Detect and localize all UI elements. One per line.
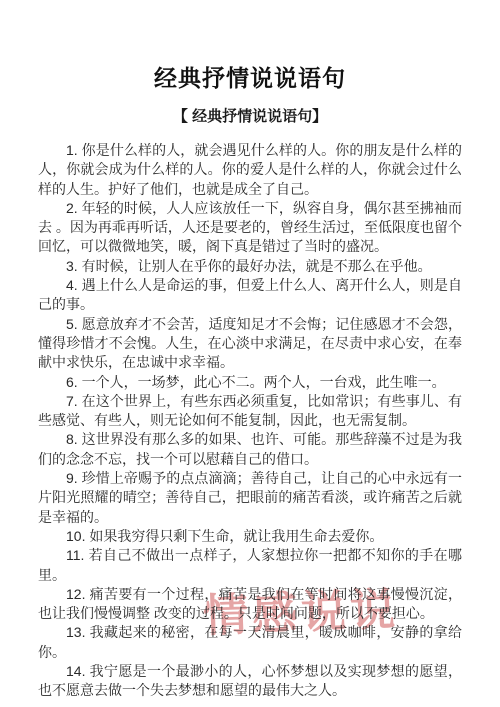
paragraph-11: 11. 若自己不做出一点样子，人家想拉你一把都不知你的手在哪里。 xyxy=(38,546,462,585)
paragraph-14: 14. 我宁愿是一个最渺小的人，心怀梦想以及实现梦想的愿望，也不愿意去做一个失去… xyxy=(38,662,462,701)
page-subtitle: 【 经典抒情说说语句】 xyxy=(0,93,500,126)
paragraph-5: 5. 愿意放弃才不会苦，适度知足才不会悔；记住感恩才不会怨，懂得珍惜才不会愧。人… xyxy=(38,315,462,373)
paragraph-10: 10. 如果我穷得只剩下生命，就让我用生命去爱你。 xyxy=(38,527,462,546)
document-page: 情感说说 经典抒情说说语句 【 经典抒情说说语句】 1. 你是什么样的人，就会遇… xyxy=(0,0,500,707)
paragraph-9: 9. 珍惜上帝赐予的点点滴滴；善待自己，让自己的心中永远有一片阳光照耀的晴空；善… xyxy=(38,469,462,527)
document-body: 1. 你是什么样的人，就会遇见什么样的人。你的朋友是什么样的人，你就会成为什么样… xyxy=(0,141,500,701)
paragraph-6: 6. 一个人，一场梦，此心不二。两个人，一台戏，此生唯一。 xyxy=(38,373,462,392)
paragraph-8: 8. 这世界没有那么多的如果、也许、可能。那些辞藻不过是为我们的念念不忘，找一个… xyxy=(38,430,462,469)
paragraph-4: 4. 遇上什么人是命运的事，但爱上什么人、离开什么人，则是自己的事。 xyxy=(38,276,462,315)
paragraph-13: 13. 我藏起来的秘密，在每一天清晨里，暖成咖啡，安静的拿给你。 xyxy=(38,623,462,662)
paragraph-3: 3. 有时候，让别人在乎你的最好办法，就是不那么在乎他。 xyxy=(38,257,462,276)
paragraph-12: 12. 痛苦要有一个过程，痛苦是我们在等时间将这事慢慢沉淀，也让我们慢慢调整 改… xyxy=(38,585,462,624)
paragraph-2: 2. 年轻的时候，人人应该放任一下，纵容自身，偶尔甚至拂袖而去 。因为再乖再听话… xyxy=(38,199,462,257)
paragraph-7: 7. 在这个世界上，有些东西必须重复，比如常识；有些事儿、有些感觉、有些人，则无… xyxy=(38,392,462,431)
page-title: 经典抒情说说语句 xyxy=(0,0,500,93)
paragraph-1: 1. 你是什么样的人，就会遇见什么样的人。你的朋友是什么样的人，你就会成为什么样… xyxy=(38,141,462,199)
